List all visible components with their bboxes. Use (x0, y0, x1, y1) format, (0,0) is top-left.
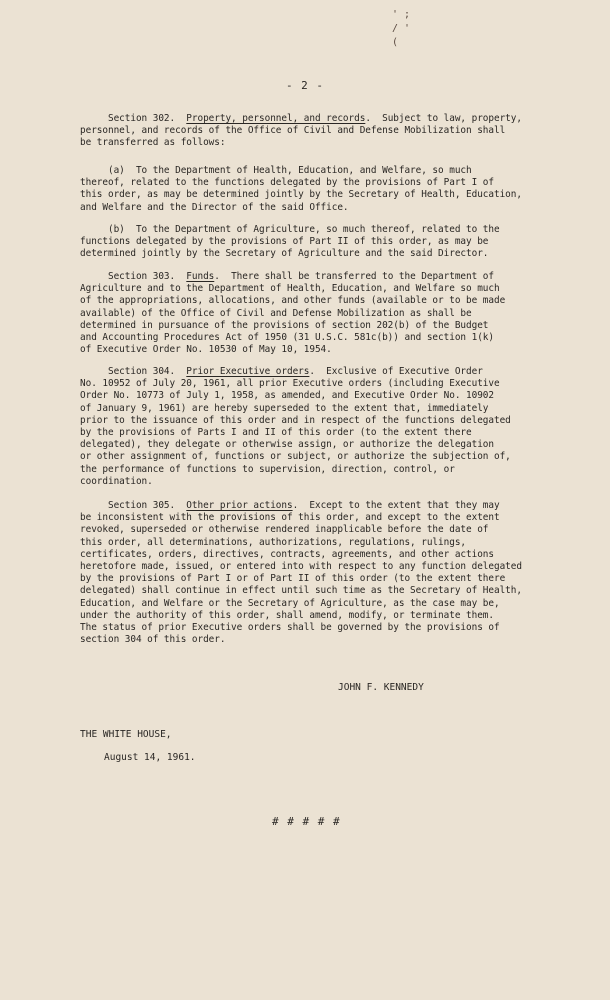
section-label: Section 305. (80, 500, 186, 511)
section-heading: Funds (186, 271, 214, 282)
section-305: Section 305. Other prior actions. Except… (80, 500, 550, 646)
section-heading: Prior Executive orders (186, 366, 309, 377)
section-304: Section 304. Prior Executive orders. Exc… (80, 366, 550, 488)
section-302: Section 302. Property, personnel, and re… (80, 113, 550, 150)
section-heading: Other prior actions (186, 500, 292, 511)
section-text: . Except to the extent that they may be … (80, 500, 522, 645)
page-number: - 2 - (0, 79, 610, 92)
section-text: . Exclusive of Executive Order No. 10952… (80, 366, 511, 487)
date-line: August 14, 1961. (104, 752, 196, 763)
section-label: Section 302. (80, 113, 186, 124)
section-text: . There shall be transferred to the Depa… (80, 271, 505, 355)
section-label: Section 303. (80, 271, 186, 282)
section-302-a: (a) To the Department of Health, Educati… (80, 165, 550, 214)
section-302-b: (b) To the Department of Agriculture, so… (80, 224, 550, 261)
section-heading: Property, personnel, and records (186, 113, 365, 124)
document-page: ' ; / ' ( - 2 - Section 302. Property, p… (0, 0, 610, 1000)
section-303: Section 303. Funds. There shall be trans… (80, 271, 550, 356)
section-label: Section 304. (80, 366, 186, 377)
signature: JOHN F. KENNEDY (338, 682, 424, 693)
end-mark: # # # # # (272, 815, 341, 828)
corner-marks: ' ; / ' ( (392, 8, 410, 50)
place-line: THE WHITE HOUSE, (80, 729, 172, 740)
